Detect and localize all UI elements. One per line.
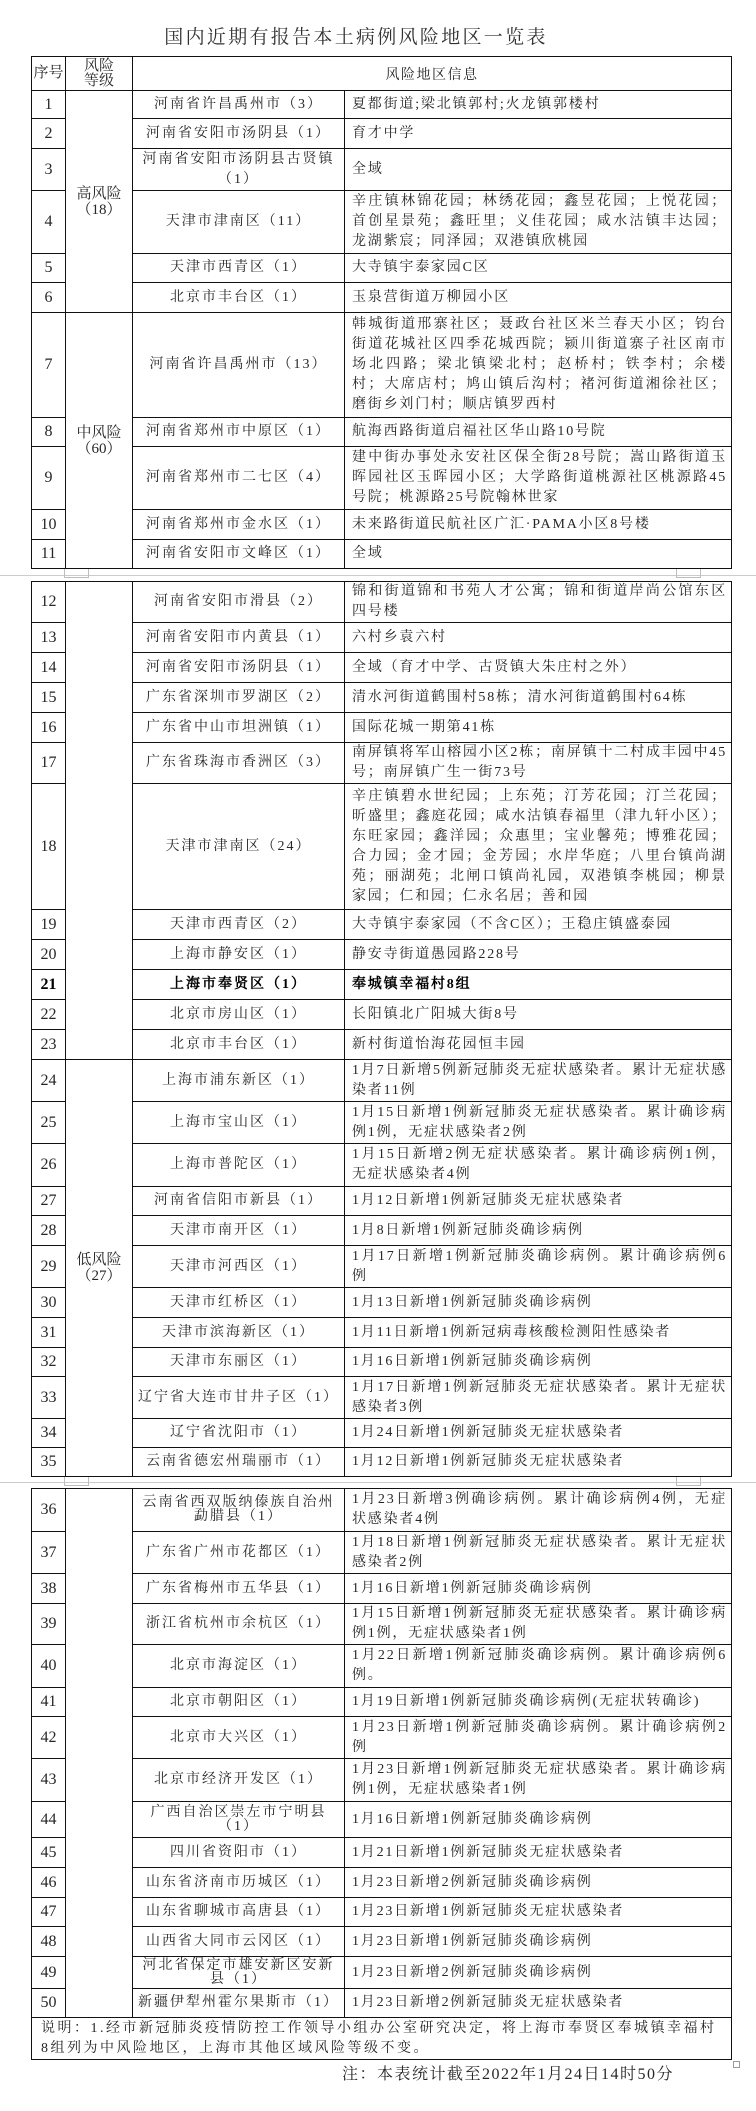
region-name: 河南省安阳市汤阴县古贤镇（1）: [133, 149, 345, 191]
table-row: 24 低风险 （27） 上海市浦东新区（1） 1月7日新增5例新冠肺炎无症状感染…: [32, 1060, 732, 1102]
row-number: 44: [32, 1802, 66, 1838]
region-info: 1月8日新增1例新冠肺炎确诊病例: [345, 1216, 732, 1246]
table-row: 33 辽宁省大连市甘井子区（1） 1月17日新增1例新冠肺炎无症状感染者。累计无…: [32, 1377, 732, 1419]
table-row: 9 河南省郑州市二七区（4） 建中街办事处永安社区保全街28号院；嵩山路街道玉晖…: [32, 447, 732, 510]
region-name: 河南省郑州市金水区（1）: [133, 510, 345, 540]
region-name: 云南省德宏州瑞丽市（1）: [133, 1448, 345, 1477]
risk-level-count: （18）: [66, 202, 132, 218]
table-row: 38 广东省梅州市五华县（1） 1月16日新增1例新冠肺炎确诊病例: [32, 1574, 732, 1604]
region-info: 1月17日新增1例新冠肺炎无症状感染者。累计无症状感染者3例: [345, 1377, 732, 1419]
row-number: 10: [32, 510, 66, 540]
region-name: 山东省聊城市高唐县（1）: [133, 1898, 345, 1927]
region-info: 建中街办事处永安社区保全街28号院；嵩山路街道玉晖园社区玉晖园小区；大学路街道桃…: [345, 447, 732, 510]
table-row: 7 中风险 （60） 河南省许昌禹州市（13） 韩城街道邢寨社区；聂政台社区米兰…: [32, 313, 732, 418]
region-info: 1月15日新增2例无症状感染者。累计确诊病例1例，无症状感染者4例: [345, 1144, 732, 1187]
region-info: 清水河街道鹤围村58栋；清水河街道鹤围村64栋: [345, 683, 732, 713]
risk-table-part-3: 36 云南省西双版纳傣族自治州勐腊县（1） 1月23日新增3例确诊病例。累计确诊…: [31, 1488, 732, 2060]
row-number: 9: [32, 447, 66, 510]
row-number: 48: [32, 1927, 66, 1957]
row-number: 16: [32, 713, 66, 743]
region-info: 1月16日新增1例新冠肺炎确诊病例: [345, 1802, 732, 1838]
row-number: 43: [32, 1759, 66, 1802]
region-name: 上海市宝山区（1）: [133, 1102, 345, 1144]
region-info: 育才中学: [345, 119, 732, 149]
region-info: 1月12日新增1例新冠肺炎无症状感染者: [345, 1448, 732, 1477]
region-name: 云南省西双版纳傣族自治州勐腊县（1）: [133, 1489, 345, 1532]
page-break-mark-left: [64, 1477, 89, 1486]
region-info: 1月21日新增1例新冠肺炎无症状感染者: [345, 1838, 732, 1868]
table-row: 30 天津市红桥区（1） 1月13日新增1例新冠肺炎确诊病例: [32, 1288, 732, 1318]
row-number: 12: [32, 582, 66, 623]
region-info: 1月18日新增1例新冠肺炎无症状感染者。累计无症状感染者2例: [345, 1532, 732, 1574]
region-info: 1月23日新增1例新冠肺炎无症状感染者: [345, 1898, 732, 1927]
row-number: 7: [32, 313, 66, 418]
table-header-row: 序号 风险等级 风险地区信息: [32, 57, 732, 91]
row-number: 6: [32, 283, 66, 313]
header-seq: 序号: [32, 57, 66, 91]
table-row: 41 北京市朝阳区（1） 1月19日新增1例新冠肺炎确诊病例(无症状转确诊): [32, 1688, 732, 1717]
row-number: 39: [32, 1604, 66, 1645]
region-info: 1月17日新增1例新冠肺炎确诊病例。累计确诊病例6例: [345, 1246, 732, 1288]
region-info: 1月24日新增1例新冠肺炎无症状感染者: [345, 1419, 732, 1448]
region-info: 1月23日新增2例新冠肺炎确诊病例: [345, 1957, 732, 1989]
region-name: 河南省许昌禹州市（3）: [133, 91, 345, 119]
table-note: 说明：1.经市新冠肺炎疫情防控工作领导小组办公室研究决定，将上海市奉贤区奉城镇幸…: [32, 2018, 732, 2060]
table-row: 32 天津市东丽区（1） 1月16日新增1例新冠肺炎确诊病例: [32, 1348, 732, 1377]
region-name: 天津市津南区（11）: [133, 191, 345, 254]
region-name: 广西自治区崇左市宁明县（1）: [133, 1802, 345, 1838]
page-break-mark-right: [676, 569, 701, 578]
table-row: 25 上海市宝山区（1） 1月15日新增1例新冠肺炎无症状感染者。累计确诊病例1…: [32, 1102, 732, 1144]
row-number: 33: [32, 1377, 66, 1419]
risk-level-label: 低风险: [66, 1252, 132, 1268]
table-end-mark: [733, 2061, 740, 2068]
row-number: 5: [32, 254, 66, 283]
row-number: 49: [32, 1957, 66, 1989]
table-row: 18 天津市津南区（24） 辛庄镇碧水世纪园；上东苑；汀芳花园；汀兰花园；昕盛里…: [32, 784, 732, 910]
region-name: 广东省珠海市香洲区（3）: [133, 743, 345, 784]
region-name: 北京市大兴区（1）: [133, 1717, 345, 1759]
region-info: 韩城街道邢寨社区；聂政台社区米兰春天小区；钧台街道花城社区四季花城西院；颍川街道…: [345, 313, 732, 418]
table-row: 15 广东省深圳市罗湖区（2） 清水河街道鹤围村58栋；清水河街道鹤围村64栋: [32, 683, 732, 713]
row-number: 34: [32, 1419, 66, 1448]
region-info: 1月16日新增1例新冠肺炎确诊病例: [345, 1348, 732, 1377]
region-info: 1月16日新增1例新冠肺炎确诊病例: [345, 1574, 732, 1604]
region-name: 河南省安阳市滑县（2）: [133, 582, 345, 623]
row-number: 20: [32, 940, 66, 970]
row-number: 30: [32, 1288, 66, 1318]
region-info: 夏都街道;梁北镇郭村;火龙镇郭楼村: [345, 91, 732, 119]
region-info: 1月19日新增1例新冠肺炎确诊病例(无症状转确诊): [345, 1688, 732, 1717]
table-row-highlighted: 21 上海市奉贤区（1） 奉城镇幸福村8组: [32, 970, 732, 1000]
region-info: 玉泉营街道万柳园小区: [345, 283, 732, 313]
region-info: 1月23日新增3例确诊病例。累计确诊病例4例，无症状感染者4例: [345, 1489, 732, 1532]
region-name: 北京市丰台区（1）: [133, 283, 345, 313]
region-info: 1月11日新增1例新冠病毒核酸检测阳性感染者: [345, 1318, 732, 1348]
table-row: 6 北京市丰台区（1） 玉泉营街道万柳园小区: [32, 283, 732, 313]
region-info: 大寺镇宇泰家园C区: [345, 254, 732, 283]
region-name: 北京市海淀区（1）: [133, 1645, 345, 1688]
row-number: 13: [32, 623, 66, 653]
region-name: 浙江省杭州市余杭区（1）: [133, 1604, 345, 1645]
region-info: 国际花城一期第41栋: [345, 713, 732, 743]
region-info: 新村街道怡海花园恒丰园: [345, 1030, 732, 1060]
row-number: 26: [32, 1144, 66, 1187]
page-title: 国内近期有报告本土病例风险地区一览表: [0, 24, 712, 52]
risk-level-label: 中风险: [66, 425, 132, 441]
table-row: 36 云南省西双版纳傣族自治州勐腊县（1） 1月23日新增3例确诊病例。累计确诊…: [32, 1489, 732, 1532]
region-info: 1月23日新增2例新冠肺炎确诊病例: [345, 1868, 732, 1898]
region-info: 1月15日新增1例新冠肺炎无症状感染者。累计确诊病例1例，无症状感染者2例: [345, 1102, 732, 1144]
row-number: 35: [32, 1448, 66, 1477]
row-number: 46: [32, 1868, 66, 1898]
risk-level-count: （60）: [66, 441, 132, 457]
row-number: 29: [32, 1246, 66, 1288]
row-number: 22: [32, 1000, 66, 1030]
region-name: 天津市西青区（2）: [133, 910, 345, 940]
risk-level-low: 低风险 （27）: [66, 1060, 133, 1477]
row-number: 8: [32, 418, 66, 447]
risk-level-medium: 中风险 （60）: [66, 313, 133, 569]
region-info: 1月15日新增1例新冠肺炎无症状感染者。累计确诊病例1例，无症状感染者1例: [345, 1604, 732, 1645]
region-name: 河南省安阳市文峰区（1）: [133, 540, 345, 569]
table-row: 22 北京市房山区（1） 长阳镇北广阳城大街8号: [32, 1000, 732, 1030]
region-name: 天津市红桥区（1）: [133, 1288, 345, 1318]
region-name: 河南省安阳市汤阴县（1）: [133, 119, 345, 149]
risk-level-high: 高风险 （18）: [66, 91, 133, 313]
table-row: 10 河南省郑州市金水区（1） 未来路街道民航社区广汇·PAMA小区8号楼: [32, 510, 732, 540]
risk-table-part-2: 12 河南省安阳市滑县（2） 锦和街道锦和书苑人才公寓；锦和街道岸尚公馆东区四号…: [31, 581, 732, 1477]
row-number: 4: [32, 191, 66, 254]
region-info: 南屏镇将军山榕园小区2栋；南屏镇十二村成丰园中45号；南屏镇广生一街73号: [345, 743, 732, 784]
row-number: 47: [32, 1898, 66, 1927]
region-info: 大寺镇宇泰家园（不含C区）；王稳庄镇盛泰园: [345, 910, 732, 940]
row-number: 32: [32, 1348, 66, 1377]
region-info: 长阳镇北广阳城大街8号: [345, 1000, 732, 1030]
table-row: 46 山东省济南市历城区（1） 1月23日新增2例新冠肺炎确诊病例: [32, 1868, 732, 1898]
row-number: 18: [32, 784, 66, 910]
page-break-line: [0, 575, 756, 576]
row-number: 19: [32, 910, 66, 940]
footer-note: 注：本表统计截至2022年1月24日14时50分: [342, 2064, 674, 2086]
row-number: 1: [32, 91, 66, 119]
region-info: 未来路街道民航社区广汇·PAMA小区8号楼: [345, 510, 732, 540]
row-number: 27: [32, 1187, 66, 1216]
row-number: 17: [32, 743, 66, 784]
region-name: 新疆伊犁州霍尔果斯市（1）: [133, 1989, 345, 2018]
region-name: 北京市房山区（1）: [133, 1000, 345, 1030]
table-row: 50 新疆伊犁州霍尔果斯市（1） 1月23日新增2例新冠肺炎无症状感染者: [32, 1989, 732, 2018]
region-name: 上海市浦东新区（1）: [133, 1060, 345, 1102]
table-row: 34 辽宁省沈阳市（1） 1月24日新增1例新冠肺炎无症状感染者: [32, 1419, 732, 1448]
region-name: 河南省郑州市二七区（4）: [133, 447, 345, 510]
region-name: 天津市滨海新区（1）: [133, 1318, 345, 1348]
table-row: 3 河南省安阳市汤阴县古贤镇（1） 全域: [32, 149, 732, 191]
row-number: 41: [32, 1688, 66, 1717]
region-info: 全域（育才中学、古贤镇大朱庄村之外）: [345, 653, 732, 683]
region-name: 天津市津南区（24）: [133, 784, 345, 910]
header-region-info: 风险地区信息: [133, 57, 732, 91]
table-row: 49 河北省保定市雄安新区安新县（1） 1月23日新增2例新冠肺炎确诊病例: [32, 1957, 732, 1989]
region-info: 静安寺街道愚园路228号: [345, 940, 732, 970]
row-number: 21: [32, 970, 66, 1000]
row-number: 24: [32, 1060, 66, 1102]
region-name: 广东省中山市坦洲镇（1）: [133, 713, 345, 743]
table-row: 11 河南省安阳市文峰区（1） 全域: [32, 540, 732, 569]
region-name: 四川省资阳市（1）: [133, 1838, 345, 1868]
row-number: 42: [32, 1717, 66, 1759]
table-row: 2 河南省安阳市汤阴县（1） 育才中学: [32, 119, 732, 149]
table-row: 48 山西省大同市云冈区（1） 1月23日新增1例新冠肺炎确诊病例: [32, 1927, 732, 1957]
table-row: 45 四川省资阳市（1） 1月21日新增1例新冠肺炎无症状感染者: [32, 1838, 732, 1868]
region-info: 1月23日新增1例新冠肺炎确诊病例: [345, 1927, 732, 1957]
region-name: 北京市丰台区（1）: [133, 1030, 345, 1060]
region-info: 1月23日新增1例新冠肺炎确诊病例。累计确诊病例2例: [345, 1717, 732, 1759]
table-row: 12 河南省安阳市滑县（2） 锦和街道锦和书苑人才公寓；锦和街道岸尚公馆东区四号…: [32, 582, 732, 623]
region-name: 天津市西青区（1）: [133, 254, 345, 283]
table-note-row: 说明：1.经市新冠肺炎疫情防控工作领导小组办公室研究决定，将上海市奉贤区奉城镇幸…: [32, 2018, 732, 2060]
region-name: 天津市河西区（1）: [133, 1246, 345, 1288]
table-row: 16 广东省中山市坦洲镇（1） 国际花城一期第41栋: [32, 713, 732, 743]
region-info: 奉城镇幸福村8组: [345, 970, 732, 1000]
table-row: 40 北京市海淀区（1） 1月22日新增1例新冠肺炎确诊病例。累计确诊病例6例。: [32, 1645, 732, 1688]
risk-level-low-continued: [66, 1489, 133, 2018]
table-row: 5 天津市西青区（1） 大寺镇宇泰家园C区: [32, 254, 732, 283]
region-info: 1月23日新增2例新冠肺炎无症状感染者: [345, 1989, 732, 2018]
table-row: 19 天津市西青区（2） 大寺镇宇泰家园（不含C区）；王稳庄镇盛泰园: [32, 910, 732, 940]
page-break-mark-right: [676, 1477, 701, 1486]
region-name: 北京市经济开发区（1）: [133, 1759, 345, 1802]
region-name: 河南省安阳市内黄县（1）: [133, 623, 345, 653]
row-number: 45: [32, 1838, 66, 1868]
table-row: 4 天津市津南区（11） 辛庄镇林锦花园；林绣花园；鑫昱花园；上悦花园；首创星景…: [32, 191, 732, 254]
table-row: 42 北京市大兴区（1） 1月23日新增1例新冠肺炎确诊病例。累计确诊病例2例: [32, 1717, 732, 1759]
risk-level-label: 高风险: [66, 186, 132, 202]
region-info: 航海西路街道启福社区华山路10号院: [345, 418, 732, 447]
page-break-line: [0, 1482, 756, 1483]
table-row: 26 上海市普陀区（1） 1月15日新增2例无症状感染者。累计确诊病例1例，无症…: [32, 1144, 732, 1187]
table-row: 27 河南省信阳市新县（1） 1月12日新增1例新冠肺炎无症状感染者: [32, 1187, 732, 1216]
region-name: 河南省安阳市汤阴县（1）: [133, 653, 345, 683]
region-name: 山西省大同市云冈区（1）: [133, 1927, 345, 1957]
page-break-mark-left: [64, 569, 89, 578]
table-row: 31 天津市滨海新区（1） 1月11日新增1例新冠病毒核酸检测阳性感染者: [32, 1318, 732, 1348]
row-number: 31: [32, 1318, 66, 1348]
region-info: 辛庄镇林锦花园；林绣花园；鑫昱花园；上悦花园；首创星景苑；鑫旺里；义佳花园；咸水…: [345, 191, 732, 254]
region-name: 天津市东丽区（1）: [133, 1348, 345, 1377]
region-info: 辛庄镇碧水世纪园；上东苑；汀芳花园；汀兰花园；昕盛里；鑫庭花园；咸水沽镇春福里（…: [345, 784, 732, 910]
region-info: 1月13日新增1例新冠肺炎确诊病例: [345, 1288, 732, 1318]
row-number: 23: [32, 1030, 66, 1060]
region-name: 广东省广州市花都区（1）: [133, 1532, 345, 1574]
risk-table-part-1: 序号 风险等级 风险地区信息 1 高风险 （18） 河南省许昌禹州市（3） 夏都…: [31, 56, 732, 569]
row-number: 11: [32, 540, 66, 569]
table-row: 13 河南省安阳市内黄县（1） 六村乡袁六村: [32, 623, 732, 653]
region-info: 全域: [345, 149, 732, 191]
table-row: 17 广东省珠海市香洲区（3） 南屏镇将军山榕园小区2栋；南屏镇十二村成丰园中4…: [32, 743, 732, 784]
row-number: 50: [32, 1989, 66, 2018]
row-number: 3: [32, 149, 66, 191]
table-row: 37 广东省广州市花都区（1） 1月18日新增1例新冠肺炎无症状感染者。累计无症…: [32, 1532, 732, 1574]
row-number: 36: [32, 1489, 66, 1532]
region-name: 辽宁省沈阳市（1）: [133, 1419, 345, 1448]
region-name: 上海市静安区（1）: [133, 940, 345, 970]
region-info: 六村乡袁六村: [345, 623, 732, 653]
header-risk-level: 风险等级: [66, 57, 133, 91]
region-info: 1月22日新增1例新冠肺炎确诊病例。累计确诊病例6例。: [345, 1645, 732, 1688]
region-name: 辽宁省大连市甘井子区（1）: [133, 1377, 345, 1419]
table-row: 20 上海市静安区（1） 静安寺街道愚园路228号: [32, 940, 732, 970]
region-info: 锦和街道锦和书苑人才公寓；锦和街道岸尚公馆东区四号楼: [345, 582, 732, 623]
table-row: 1 高风险 （18） 河南省许昌禹州市（3） 夏都街道;梁北镇郭村;火龙镇郭楼村: [32, 91, 732, 119]
risk-level-medium-continued: [66, 582, 133, 1060]
region-name: 河北省保定市雄安新区安新县（1）: [133, 1957, 345, 1989]
region-name: 天津市南开区（1）: [133, 1216, 345, 1246]
table-row: 47 山东省聊城市高唐县（1） 1月23日新增1例新冠肺炎无症状感染者: [32, 1898, 732, 1927]
region-name: 北京市朝阳区（1）: [133, 1688, 345, 1717]
region-info: 全域: [345, 540, 732, 569]
row-number: 37: [32, 1532, 66, 1574]
row-number: 28: [32, 1216, 66, 1246]
region-name: 上海市普陀区（1）: [133, 1144, 345, 1187]
region-name: 上海市奉贤区（1）: [133, 970, 345, 1000]
table-row: 43 北京市经济开发区（1） 1月23日新增1例新冠肺炎无症状感染者。累计确诊病…: [32, 1759, 732, 1802]
row-number: 38: [32, 1574, 66, 1604]
region-name: 广东省深圳市罗湖区（2）: [133, 683, 345, 713]
table-row: 35 云南省德宏州瑞丽市（1） 1月12日新增1例新冠肺炎无症状感染者: [32, 1448, 732, 1477]
region-info: 1月12日新增1例新冠肺炎无症状感染者: [345, 1187, 732, 1216]
row-number: 14: [32, 653, 66, 683]
region-name: 河南省郑州市中原区（1）: [133, 418, 345, 447]
table-row: 28 天津市南开区（1） 1月8日新增1例新冠肺炎确诊病例: [32, 1216, 732, 1246]
region-name: 广东省梅州市五华县（1）: [133, 1574, 345, 1604]
region-info: 1月7日新增5例新冠肺炎无症状感染者。累计无症状感染者11例: [345, 1060, 732, 1102]
region-name: 山东省济南市历城区（1）: [133, 1868, 345, 1898]
table-row: 8 河南省郑州市中原区（1） 航海西路街道启福社区华山路10号院: [32, 418, 732, 447]
risk-level-count: （27）: [66, 1268, 132, 1284]
header-risk-level-label: 风险等级: [83, 59, 115, 89]
table-row: 23 北京市丰台区（1） 新村街道怡海花园恒丰园: [32, 1030, 732, 1060]
table-row: 14 河南省安阳市汤阴县（1） 全域（育才中学、古贤镇大朱庄村之外）: [32, 653, 732, 683]
row-number: 25: [32, 1102, 66, 1144]
table-row: 39 浙江省杭州市余杭区（1） 1月15日新增1例新冠肺炎无症状感染者。累计确诊…: [32, 1604, 732, 1645]
region-name: 河南省信阳市新县（1）: [133, 1187, 345, 1216]
table-row: 29 天津市河西区（1） 1月17日新增1例新冠肺炎确诊病例。累计确诊病例6例: [32, 1246, 732, 1288]
row-number: 40: [32, 1645, 66, 1688]
region-info: 1月23日新增1例新冠肺炎无症状感染者。累计确诊病例1例，无症状感染者1例: [345, 1759, 732, 1802]
row-number: 15: [32, 683, 66, 713]
region-name: 河南省许昌禹州市（13）: [133, 313, 345, 418]
table-row: 44 广西自治区崇左市宁明县（1） 1月16日新增1例新冠肺炎确诊病例: [32, 1802, 732, 1838]
row-number: 2: [32, 119, 66, 149]
